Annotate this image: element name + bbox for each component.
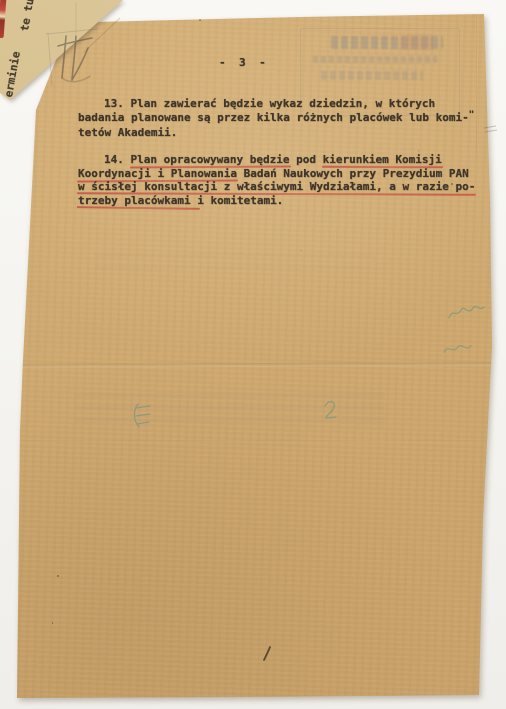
paragraph-13: 13. Plan zawierać będzie wykaz dziedzin,… <box>78 97 474 140</box>
underlined-segment: trzeby placówkami <box>78 194 191 207</box>
paper-speck <box>418 150 419 152</box>
stamp-row <box>321 71 423 80</box>
stamp-row <box>313 56 437 63</box>
paragraph-14: 14. Plan opracowywany będzie pod kierunk… <box>78 153 475 207</box>
paper-speck <box>57 575 59 577</box>
fold-crease <box>14 362 498 368</box>
text-line: trzeby placówkami i komitetami. <box>78 194 475 208</box>
text-line: w ścisłej konsultacji z właściwymi Wydzi… <box>78 180 475 194</box>
underlined-segment: Plan opracowywany będzie <box>131 153 290 166</box>
document-page: - 3 - 13. Plan zawierać będzie wykaz dzi… <box>0 0 506 709</box>
text-line: badania planowane są przez kilka różnych… <box>78 111 474 127</box>
fold-crease <box>14 440 498 443</box>
show-through-text <box>75 388 385 430</box>
text-segment: i komitetami. <box>191 194 284 207</box>
faded-stamp <box>305 30 455 88</box>
show-through-text <box>95 248 375 278</box>
underlined-segment: w ścisłej konsultacji z właściwymi Wydzi… <box>78 180 475 193</box>
text-line: tetów Akademii. <box>78 126 474 140</box>
scanned-document: - 3 - 13. Plan zawierać będzie wykaz dzi… <box>0 0 506 709</box>
underlined-segment: Koordynacji i Planowania <box>78 167 237 180</box>
paper-speck <box>52 622 53 624</box>
text-segment: pod <box>289 153 322 166</box>
text-line: 13. Plan zawierać będzie wykaz dziedzin,… <box>78 97 474 111</box>
underlined-segment: kierunkiem Komisji <box>323 153 442 166</box>
text-segment: 14. <box>104 153 131 166</box>
text-line: 14. Plan opracowywany będzie pod kierunk… <box>78 153 475 167</box>
stamp-row <box>401 35 433 50</box>
overstrike-mark: " <box>469 110 474 120</box>
paper-surface: - 3 - 13. Plan zawierać będzie wykaz dzi… <box>0 0 506 709</box>
text-segment: badania planowane są przez kilka różnych… <box>78 111 469 124</box>
paper-speck <box>199 19 201 21</box>
paper-speck <box>300 250 302 251</box>
page-number: - 3 - <box>219 56 269 69</box>
text-line: Koordynacji i Planowania Badań Naukowych… <box>78 167 475 181</box>
fold-crease <box>476 14 478 154</box>
text-segment: Badań Naukowych przy Prezydium PAN <box>237 167 469 180</box>
